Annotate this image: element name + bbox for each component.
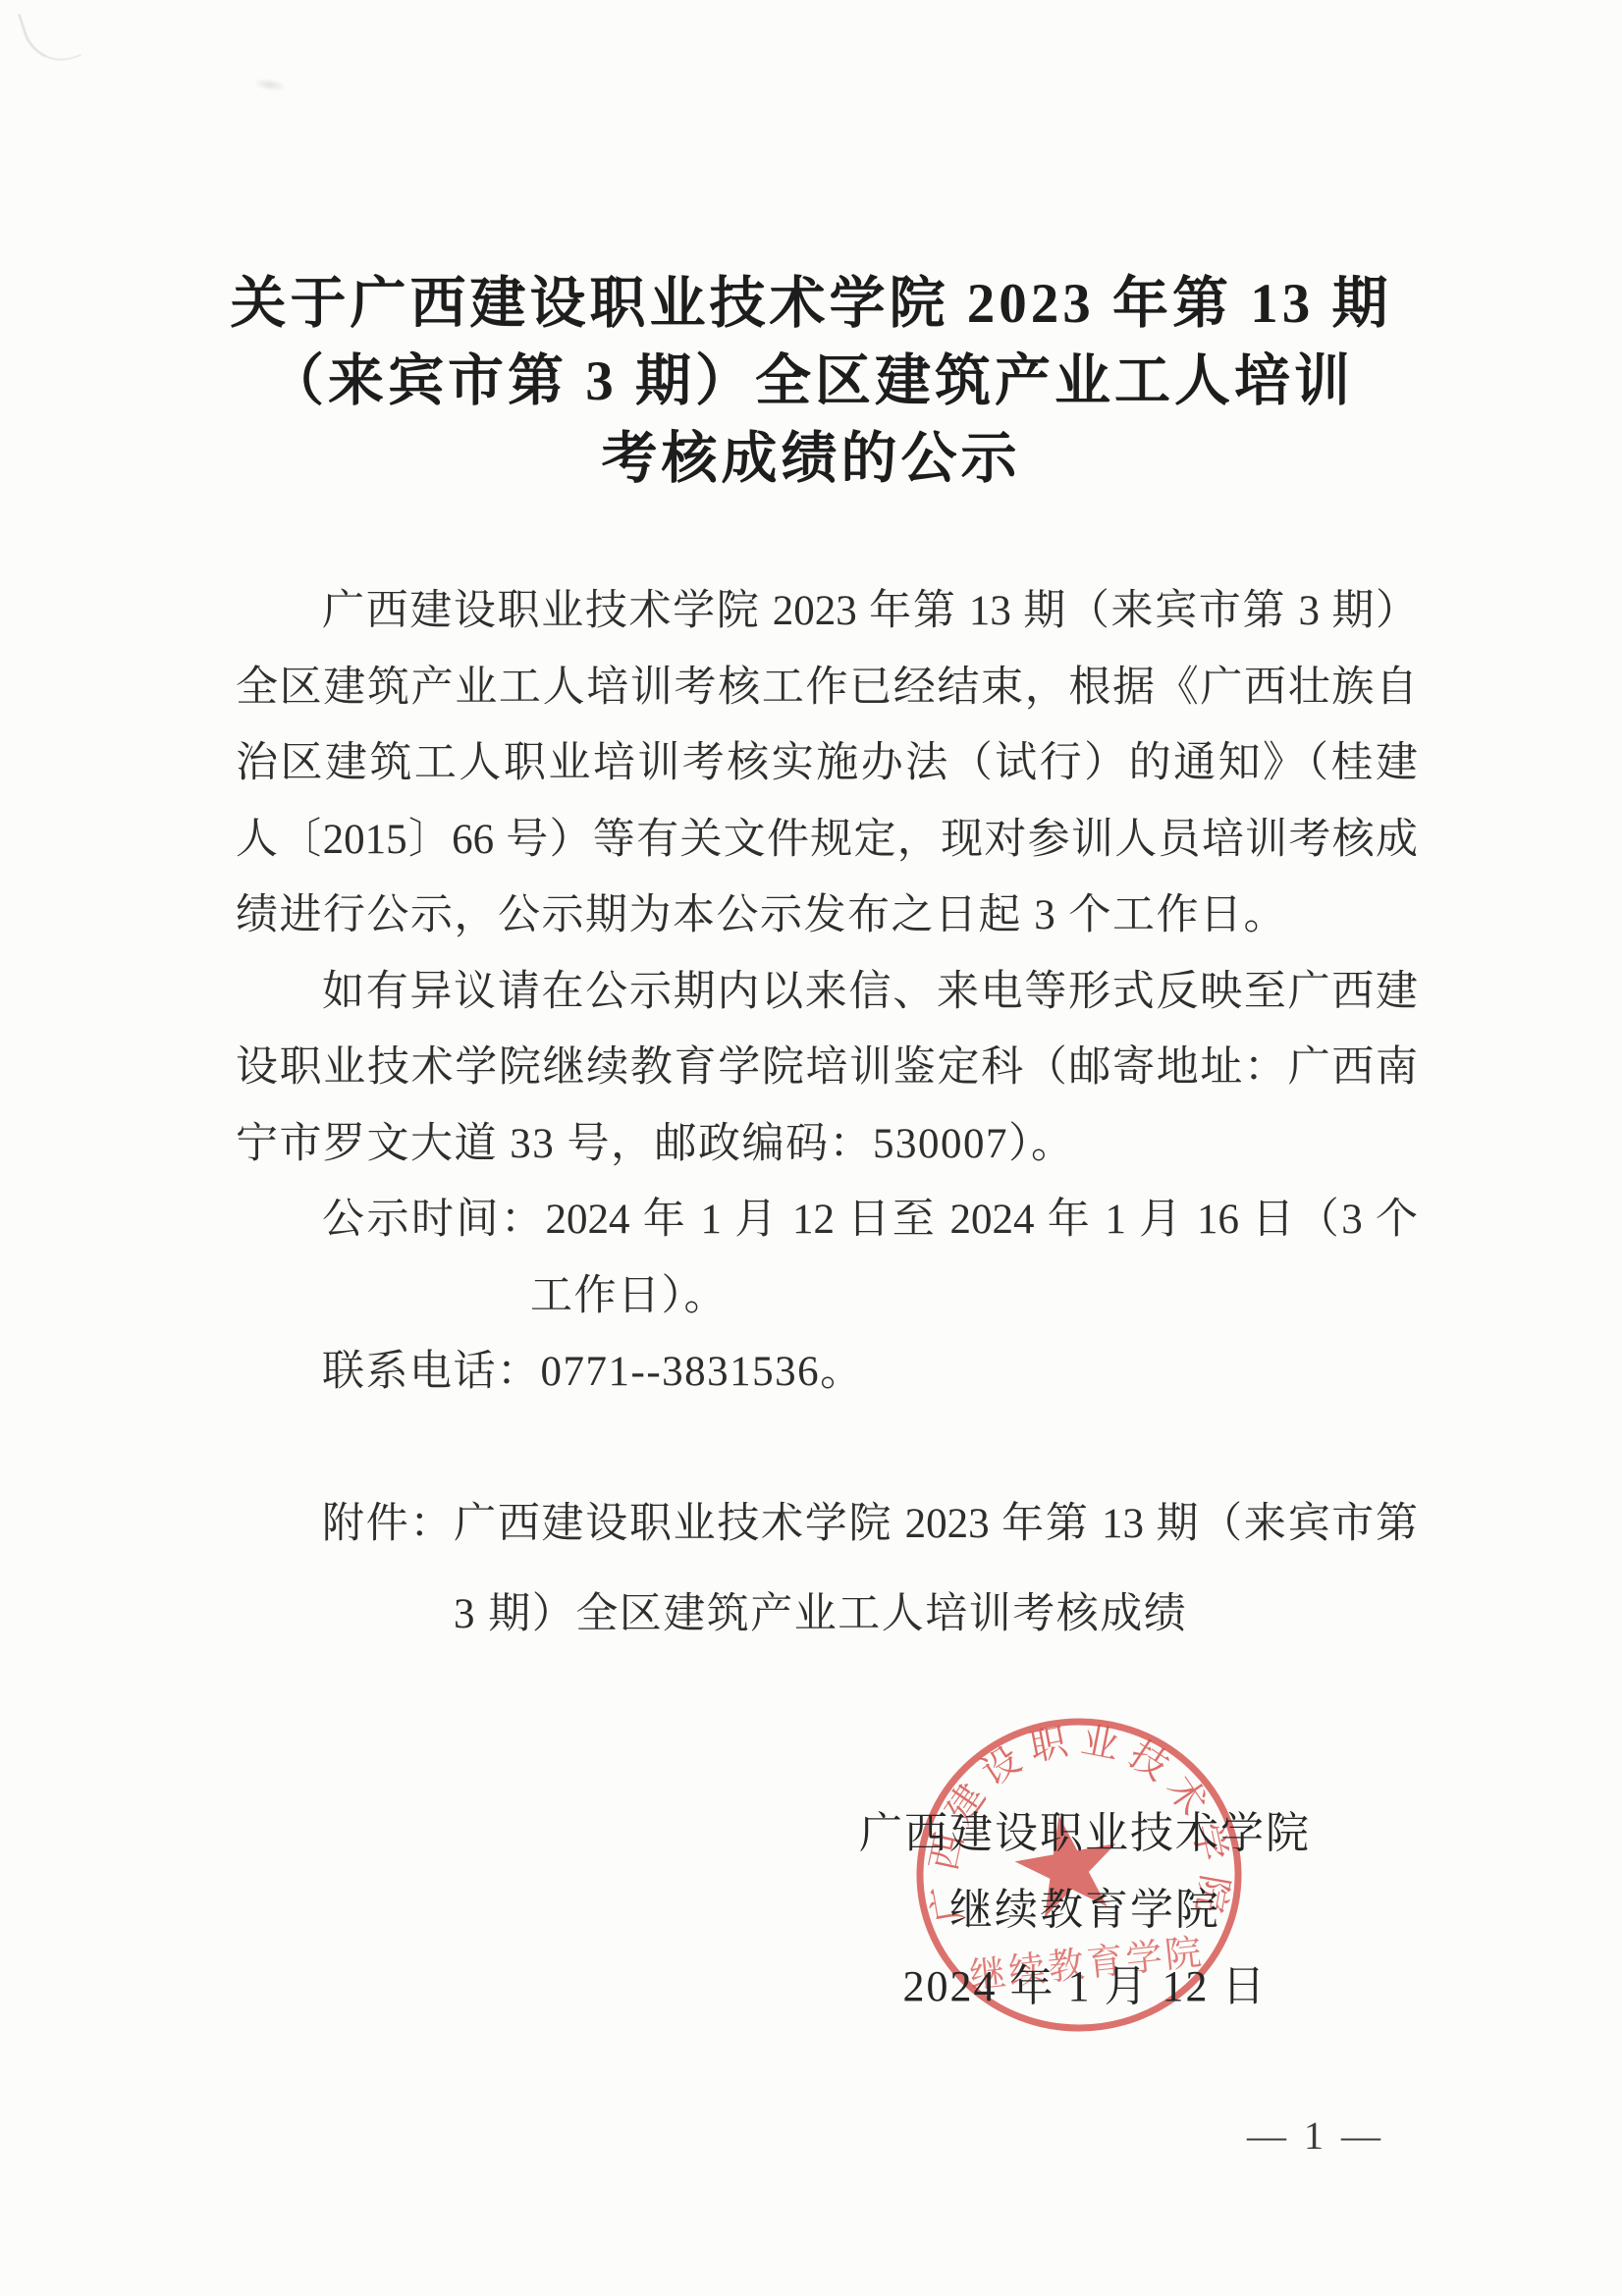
- body-line: 治区建筑工人职业培训考核实施办法（试行）的通知》（桂建: [236, 725, 1418, 802]
- body-line: 人〔2015〕66 号）等有关文件规定，现对参训人员培训考核成: [236, 802, 1418, 879]
- attachment-line: 附件：广西建设职业技术学院 2023 年第 13 期（来宾市第: [236, 1479, 1418, 1570]
- notice-period-line: 公示时间：2024 年 1 月 12 日至 2024 年 1 月 16 日（3 …: [236, 1182, 1418, 1258]
- title-line: 考核成绩的公示: [0, 420, 1622, 498]
- scan-artifact: [18, 0, 81, 71]
- body-line: 设职业技术学院继续教育学院培训鉴定科（邮寄地址：广西南: [236, 1030, 1418, 1106]
- signature-org-line1: 广西建设职业技术学院: [790, 1795, 1379, 1872]
- body-line: 广西建设职业技术学院 2023 年第 13 期（来宾市第 3 期）: [236, 573, 1418, 650]
- title-line: 关于广西建设职业技术学院 2023 年第 13 期: [0, 265, 1622, 343]
- contact-phone-line: 联系电话：0771--3831536。: [236, 1334, 1418, 1411]
- notice-period-line: 工作日）。: [236, 1258, 1418, 1335]
- signature-date: 2024 年 1 月 12 日: [790, 1949, 1379, 2025]
- page-number: — 1 —: [1217, 2112, 1414, 2159]
- attachment-line: 3 期）全区建筑产业工人培训考核成绩: [236, 1570, 1418, 1660]
- document-title: 关于广西建设职业技术学院 2023 年第 13 期 （来宾市第 3 期）全区建筑…: [0, 265, 1622, 498]
- body-line: 如有异议请在公示期内以来信、来电等形式反映至广西建: [236, 954, 1418, 1031]
- document-page: 关于广西建设职业技术学院 2023 年第 13 期 （来宾市第 3 期）全区建筑…: [0, 0, 1622, 2296]
- document-body: 广西建设职业技术学院 2023 年第 13 期（来宾市第 3 期） 全区建筑产业…: [236, 573, 1418, 1411]
- body-line: 全区建筑产业工人培训考核工作已经结束，根据《广西壮族自: [236, 650, 1418, 726]
- signature-block: 广西建设职业技术学院 继续教育学院 2024 年 1 月 12 日: [790, 1795, 1379, 2025]
- attachment-section: 附件：广西建设职业技术学院 2023 年第 13 期（来宾市第 3 期）全区建筑…: [236, 1479, 1418, 1660]
- title-line: （来宾市第 3 期）全区建筑产业工人培训: [0, 343, 1622, 420]
- body-line: 宁市罗文大道 33 号，邮政编码：530007）。: [236, 1106, 1418, 1183]
- body-line: 绩进行公示，公示期为本公示发布之日起 3 个工作日。: [236, 878, 1418, 954]
- scan-artifact: [252, 77, 287, 94]
- signature-org-line2: 继续教育学院: [790, 1872, 1379, 1949]
